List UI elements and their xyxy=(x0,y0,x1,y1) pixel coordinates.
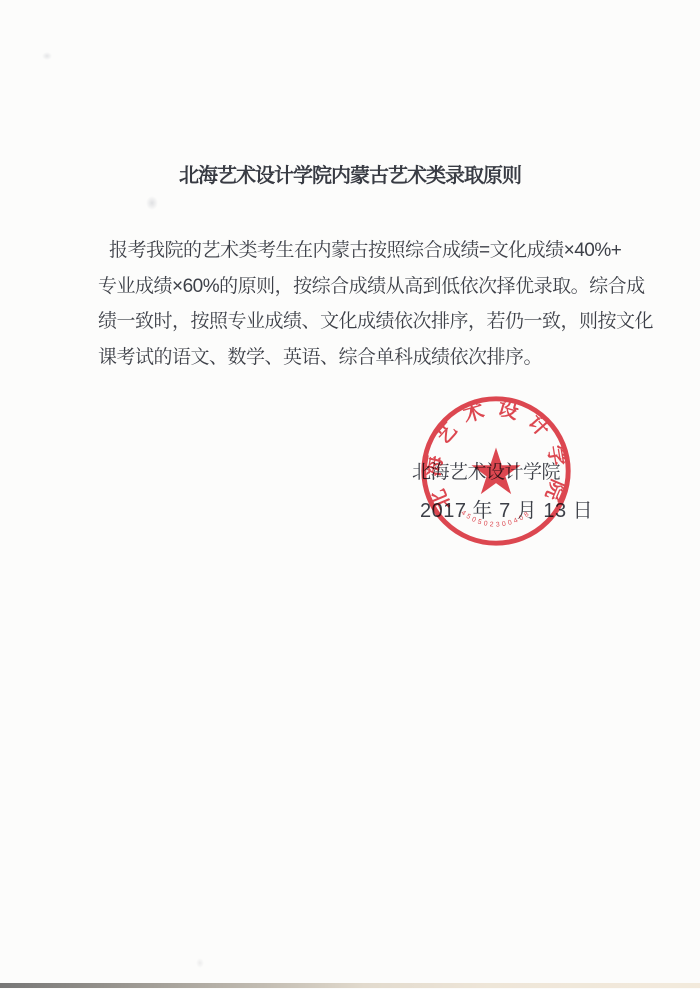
scan-speck xyxy=(42,52,52,60)
paragraph-line-4: 课考试的语文、数学、英语、综合单科成绩依次排序。 xyxy=(98,340,638,376)
signature-date: 2017 年 7 月 13 日 xyxy=(420,494,593,523)
document-title: 北海艺术设计学院内蒙古艺术类录取原则 xyxy=(0,159,700,188)
signature-organization: 北海艺术设计学院 xyxy=(412,457,560,484)
scanned-document-page: 北海艺术设计学院内蒙古艺术类录取原则 报考我院的艺术类考生在内蒙古按照综合成绩=… xyxy=(0,0,700,989)
paragraph-line-2: 专业成绩×60%的原则，按综合成绩从高到低依次择优录取。综合成 xyxy=(98,269,638,305)
document-paragraph: 报考我院的艺术类考生在内蒙古按照综合成绩=文化成绩×40%+ 专业成绩×60%的… xyxy=(98,233,638,375)
scan-speck xyxy=(196,958,204,968)
scan-edge-artifact xyxy=(0,983,700,988)
scan-speck xyxy=(146,196,158,210)
paragraph-line-3: 绩一致时，按照专业成绩、文化成绩依次排序，若仍一致，则按文化 xyxy=(98,304,638,340)
paragraph-line-1: 报考我院的艺术类考生在内蒙古按照综合成绩=文化成绩×40%+ xyxy=(98,233,638,269)
